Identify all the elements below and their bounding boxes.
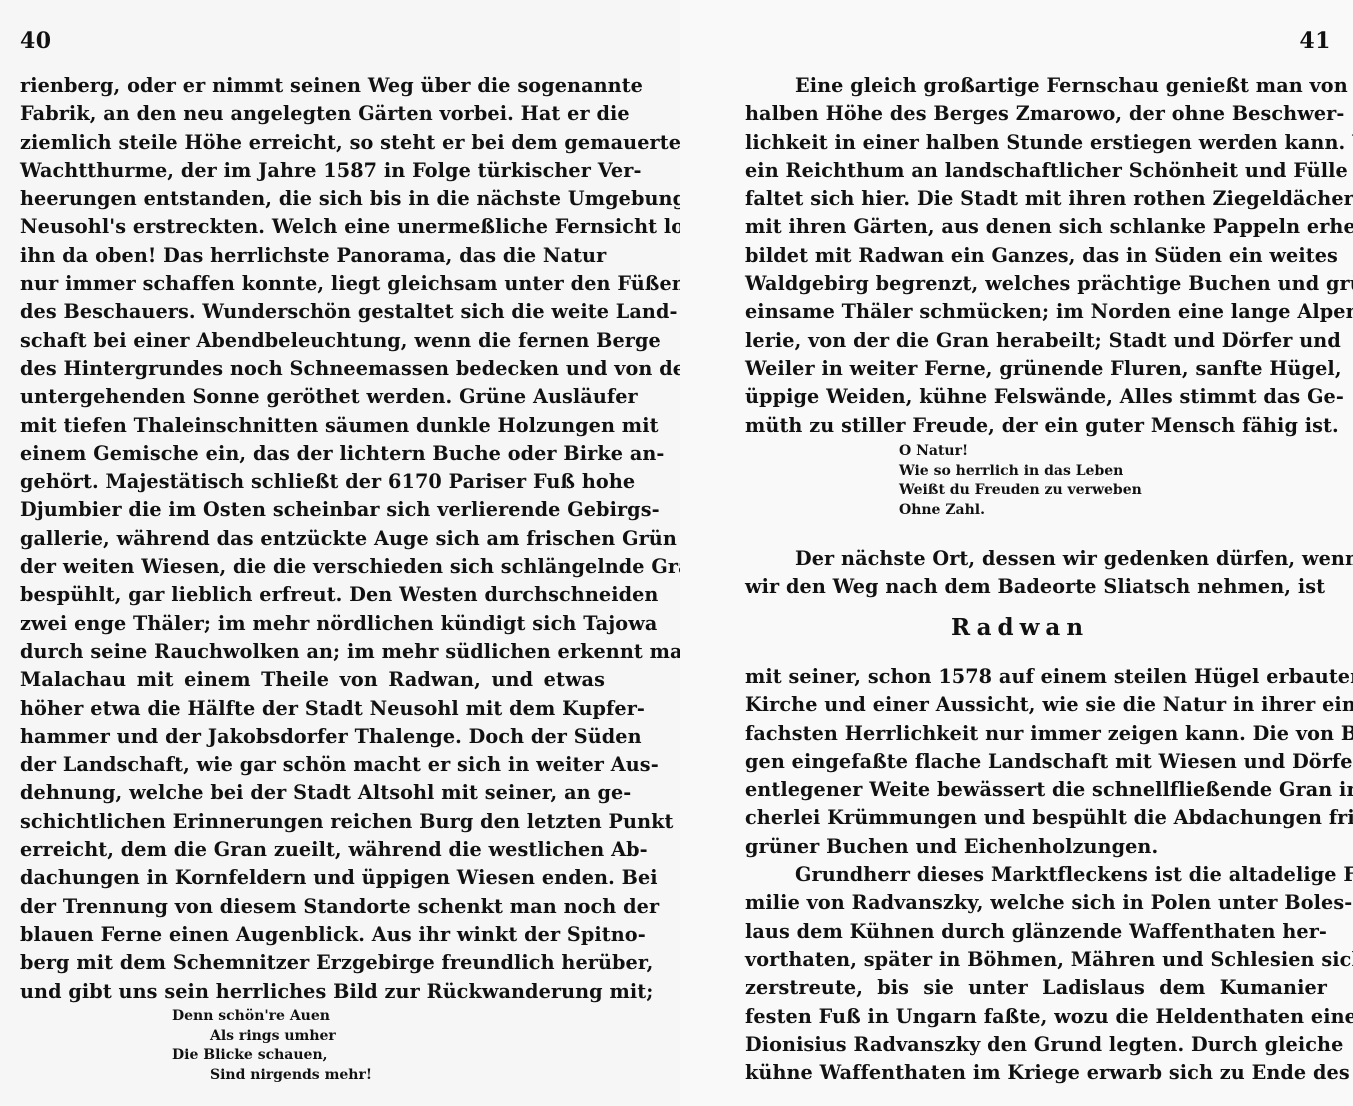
verse-line: Sind nirgends mehr! xyxy=(172,1066,372,1086)
text-line: durch seine Rauchwolken an; im mehr südl… xyxy=(20,638,605,666)
text-line: einsame Thäler schmücken; im Norden eine… xyxy=(745,298,1327,326)
text-line: milie von Radvanszky, welche sich in Pol… xyxy=(745,889,1327,917)
text-line: höher etwa die Hälfte der Stadt Neusohl … xyxy=(20,695,605,723)
text-line: Wachtthurme, der im Jahre 1587 in Folge … xyxy=(20,157,605,185)
text-line: üppige Weiden, kühne Felswände, Alles st… xyxy=(745,383,1327,411)
text-line: Kirche und einer Aussicht, wie sie die N… xyxy=(745,691,1327,719)
text-line: ziemlich steile Höhe erreicht, so steht … xyxy=(20,129,605,157)
verse-line: Weißt du Freuden zu verweben xyxy=(899,481,1142,501)
text-line: ein Reichthum an landschaftlicher Schönh… xyxy=(745,157,1327,185)
text-line: Grundherr dieses Marktfleckens ist die a… xyxy=(745,861,1327,889)
text-line: Eine gleich großartige Fernschau genießt… xyxy=(745,72,1327,100)
text-line: Malachau mit einem Theile von Radwan, un… xyxy=(20,666,605,694)
text-line: gen eingefaßte flache Landschaft mit Wie… xyxy=(745,748,1327,776)
book-spread: 40 rienberg, oder er nimmt seinen Weg üb… xyxy=(0,0,1353,1106)
text-line: dehnung, welche bei der Stadt Altsohl mi… xyxy=(20,779,605,807)
text-line: Waldgebirg begrenzt, welches prächtige B… xyxy=(745,270,1327,298)
text-line: untergehenden Sonne geröthet werden. Grü… xyxy=(20,383,605,411)
text-line: heerungen entstanden, die sich bis in di… xyxy=(20,185,605,213)
text-line: festen Fuß in Ungarn faßte, wozu die Hel… xyxy=(745,1003,1327,1031)
text-line: dachungen in Kornfeldern und üppigen Wie… xyxy=(20,864,605,892)
text-line: gehört. Majestätisch schließt der 6170 P… xyxy=(20,468,605,496)
paragraph-3: mit seiner, schon 1578 auf einem steilen… xyxy=(745,663,1327,1087)
text-line: faltet sich hier. Die Stadt mit ihren ro… xyxy=(745,185,1327,213)
verse-line: Ohne Zahl. xyxy=(899,501,1142,521)
text-line: Neusohl's erstreckten. Welch eine unerme… xyxy=(20,213,605,241)
text-line: mit tiefen Thaleinschnitten säumen dunkl… xyxy=(20,412,605,440)
text-line: müth zu stiller Freude, der ein guter Me… xyxy=(745,412,1327,440)
text-line: halben Höhe des Berges Zmarowo, der ohne… xyxy=(745,100,1327,128)
text-line: bespühlt, gar lieblich erfreut. Den West… xyxy=(20,581,605,609)
text-line: fachsten Herrlichkeit nur immer zeigen k… xyxy=(745,720,1327,748)
page-number: 40 xyxy=(20,28,52,54)
verse-quote: O Natur! Wie so herrlich in das Leben We… xyxy=(899,442,1142,520)
text-line: erreicht, dem die Gran zueilt, während d… xyxy=(20,836,605,864)
text-line: mit ihren Gärten, aus denen sich schlank… xyxy=(745,213,1327,241)
text-line: Der nächste Ort, dessen wir gedenken dür… xyxy=(745,545,1327,573)
text-line: lerie, von der die Gran herabeilt; Stadt… xyxy=(745,327,1327,355)
text-line: schichtlichen Erinnerungen reichen Burg … xyxy=(20,808,605,836)
text-line: entlegener Weite bewässert die schnellfl… xyxy=(745,776,1327,804)
verse-line: Als rings umher xyxy=(172,1027,372,1047)
text-line: vorthaten, später in Böhmen, Mähren und … xyxy=(745,946,1327,974)
text-line: bildet mit Radwan ein Ganzes, das in Süd… xyxy=(745,242,1327,270)
text-line: wir den Weg nach dem Badeorte Sliatsch n… xyxy=(745,573,1327,601)
text-line: hammer und der Jakobsdorfer Thalenge. Do… xyxy=(20,723,605,751)
text-line: Dionisius Radvanszky den Grund legten. D… xyxy=(745,1031,1327,1059)
text-line: mit seiner, schon 1578 auf einem steilen… xyxy=(745,663,1327,691)
verse-line: Die Blicke schauen, xyxy=(172,1046,372,1066)
text-line: grüner Buchen und Eichenholzungen. xyxy=(745,833,1327,861)
text-line: des Hintergrundes noch Schneemassen bede… xyxy=(20,355,605,383)
page-number: 41 xyxy=(1299,28,1331,54)
text-line: lichkeit in einer halben Stunde erstiege… xyxy=(745,129,1327,157)
left-page: 40 rienberg, oder er nimmt seinen Weg üb… xyxy=(0,0,680,1106)
body-text: rienberg, oder er nimmt seinen Weg über … xyxy=(20,72,605,1006)
text-line: nur immer schaffen konnte, liegt gleichs… xyxy=(20,270,605,298)
text-line: ihn da oben! Das herrlichste Panorama, d… xyxy=(20,242,605,270)
section-heading: Radwan xyxy=(951,614,1089,641)
text-line: Weiler in weiter Ferne, grünende Fluren,… xyxy=(745,355,1327,383)
text-line: gallerie, während das entzückte Auge sic… xyxy=(20,525,605,553)
text-line: schaft bei einer Abendbeleuchtung, wenn … xyxy=(20,327,605,355)
text-line: zwei enge Thäler; im mehr nördlichen kün… xyxy=(20,610,605,638)
text-line: und gibt uns sein herrliches Bild zur Rü… xyxy=(20,978,605,1006)
text-line: blauen Ferne einen Augenblick. Aus ihr w… xyxy=(20,921,605,949)
text-line: cherlei Krümmungen und bespühlt die Abda… xyxy=(745,804,1327,832)
text-line: einem Gemische ein, das der lichtern Buc… xyxy=(20,440,605,468)
text-line: berg mit dem Schemnitzer Erzgebirge freu… xyxy=(20,949,605,977)
text-line: Djumbier die im Osten scheinbar sich ver… xyxy=(20,496,605,524)
text-line: des Beschauers. Wunderschön gestaltet si… xyxy=(20,298,605,326)
text-line: zerstreute, bis sie unter Ladislaus dem … xyxy=(745,974,1327,1002)
text-line: der Trennung von diesem Standorte schenk… xyxy=(20,893,605,921)
text-line: kühne Waffenthaten im Kriege erwarb sich… xyxy=(745,1059,1327,1087)
verse-line: Wie so herrlich in das Leben xyxy=(899,462,1142,482)
text-line: rienberg, oder er nimmt seinen Weg über … xyxy=(20,72,605,100)
verse-line: O Natur! xyxy=(899,442,1142,462)
paragraph-1: Eine gleich großartige Fernschau genießt… xyxy=(745,72,1327,440)
paragraph-2: Der nächste Ort, dessen wir gedenken dür… xyxy=(745,545,1327,602)
text-line: der weiten Wiesen, die die verschieden s… xyxy=(20,553,605,581)
text-line: der Landschaft, wie gar schön macht er s… xyxy=(20,751,605,779)
text-line: laus dem Kühnen durch glänzende Waffenth… xyxy=(745,918,1327,946)
verse-quote: Denn schön're Auen Als rings umher Die B… xyxy=(172,1007,372,1085)
text-line: Fabrik, an den neu angelegten Gärten vor… xyxy=(20,100,605,128)
verse-line: Denn schön're Auen xyxy=(172,1007,372,1027)
